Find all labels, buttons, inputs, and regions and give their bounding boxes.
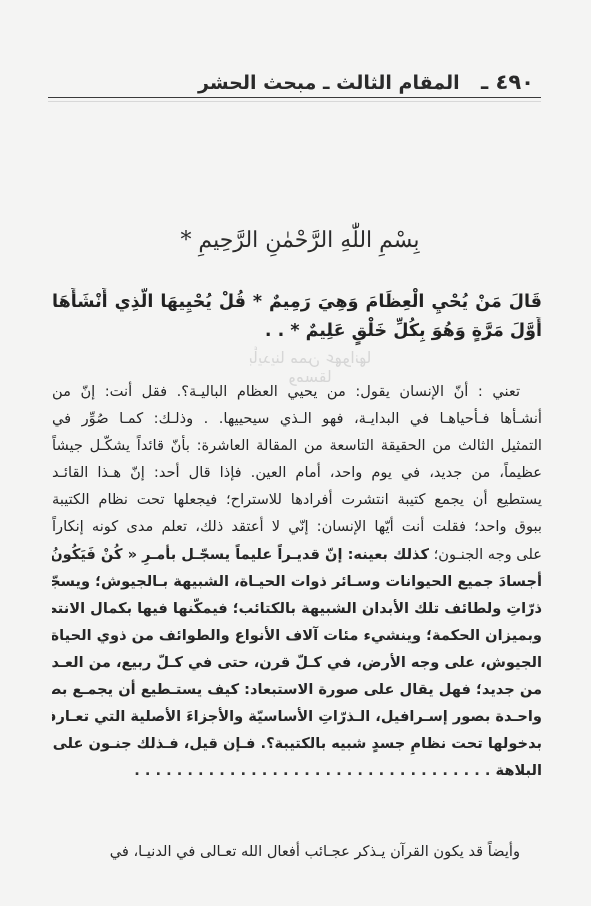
text-line: أنشـأها فـأحياهـا في البدايـة، فهو الـذي… xyxy=(52,405,542,432)
next-paragraph: وأيضاً قد يكون القرآن يـذكر عجـائب أفعال… xyxy=(52,838,542,865)
text-line-bold: من جديد؛ فهل يقال على صورة الاستبعاد: كي… xyxy=(52,676,542,703)
text-line-bold: واحـدة بصور إسـرافيل، الـذرّاتِ الأساسيّ… xyxy=(52,703,542,730)
text-line-bold: أجسادَ جميع الحيوانات وسـائر ذوات الحيـا… xyxy=(52,568,542,595)
verse-line: أَوَّلَ مَرَّةٍ وَهُوَ بِكُلِّ خَلْقٍ عَ… xyxy=(52,317,542,346)
text-line-bold: بدخولها تحت نظامِ جسدٍ شبيه بالكتيبة؟. ف… xyxy=(52,730,542,757)
header-divider xyxy=(48,97,541,98)
running-header: ٤٩٠ ـ المقام الثالث ـ مبحث الحشر xyxy=(56,60,536,94)
text-line: التمثيل الثالث من الحقيقة التاسعة من الم… xyxy=(52,432,542,459)
text-line: على وجه الجنـون؛ كذلك بعينه: إنّ قديـراً… xyxy=(52,541,542,568)
header-divider-shadow xyxy=(48,101,541,102)
text-line-bold: الجيوش، على وجه الأرض، في كـلّ قرن، حتى … xyxy=(52,649,542,676)
text-line: تعني : أنّ الإنسان يقول: من يحيي العظام … xyxy=(52,378,542,405)
quran-verse: قَالَ مَنْ يُحْيِ الْعِظَامَ وَهِيَ رَمِ… xyxy=(52,288,542,346)
basmala: بِسْمِ اللّٰهِ الرَّحْمٰنِ الرَّحِيمِ * xyxy=(150,228,450,268)
page-number: ٤٩٠ ـ xyxy=(481,70,536,94)
text-line: يستطيع أن يجمع كتيبة انتشرت أفرادها للاس… xyxy=(52,486,542,513)
text-line-bold: ذرّاتِ ولطائف تلك الأبدان الشبيهة بالكتا… xyxy=(52,595,542,622)
commentary-paragraph: تعني : أنّ الإنسان يقول: من يحيي العظام … xyxy=(52,378,542,784)
text-line: ببوق واحد؛ فقلت أنت أيّها الإنسان: إنّي … xyxy=(52,513,542,540)
text-line-bold: وبميزان الحكمة؛ وينشيء مئات آلاف الأنواع… xyxy=(52,622,542,649)
text-line-bold: البلاهة . . . . . . . . . . . . . . . . … xyxy=(52,757,542,784)
leader-dots: . . . . . . . . . . . . . . . . . . . . … xyxy=(134,762,490,779)
text-line: عظيماً، من جديد، في يوم واحد، أمام العين… xyxy=(52,459,542,486)
text-plain: على وجه الجنـون؛ xyxy=(429,546,542,563)
text-final-word: البلاهة xyxy=(496,762,543,779)
text-emphasis: كذلك بعينه: إنّ قديـراً عليماً يسجّـل بأ… xyxy=(52,546,429,563)
text-line: وأيضاً قد يكون القرآن يـذكر عجـائب أفعال… xyxy=(52,838,542,865)
book-page: ٤٩٠ ـ المقام الثالث ـ مبحث الحشر بِسْمِ … xyxy=(0,0,591,906)
chapter-title: المقام الثالث ـ مبحث الحشر xyxy=(198,72,460,94)
verse-line: قَالَ مَنْ يُحْيِ الْعِظَامَ وَهِيَ رَمِ… xyxy=(52,288,542,317)
